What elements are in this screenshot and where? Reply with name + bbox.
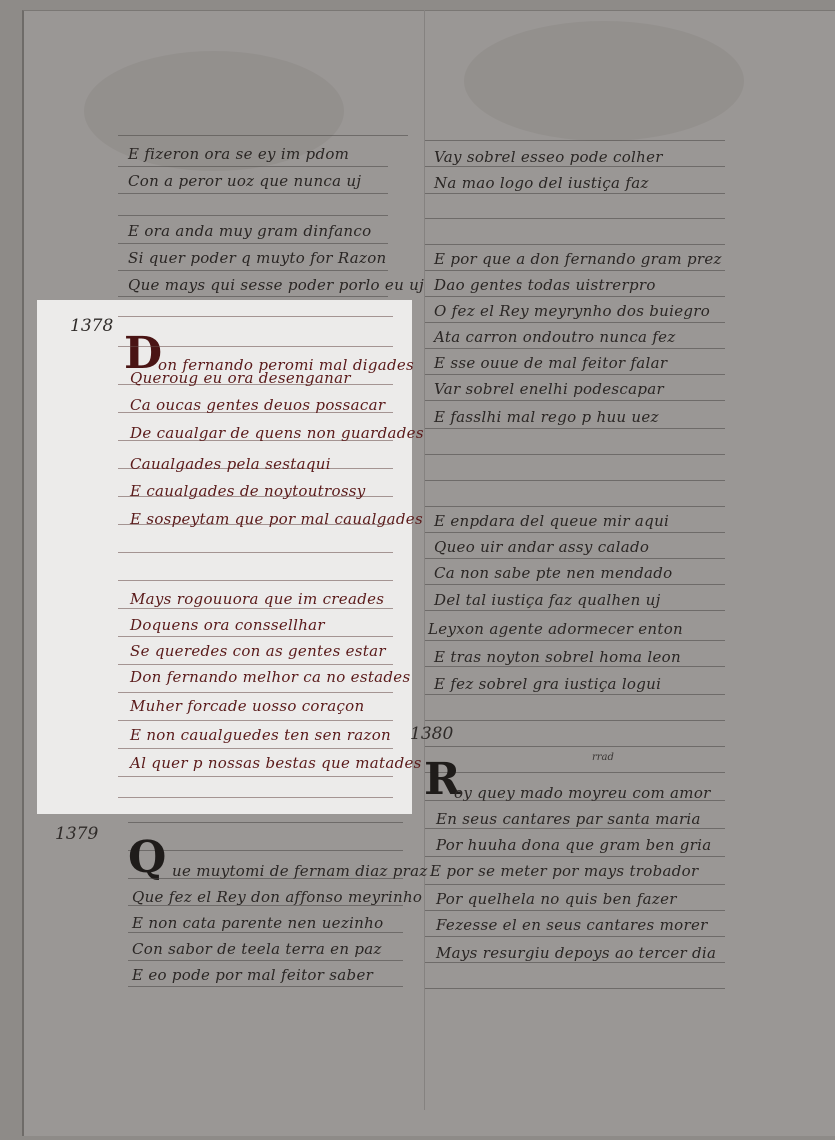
marginal-note: rrad <box>592 752 614 763</box>
verse-line: E eo pode por mal feitor saber <box>132 966 373 984</box>
poem-number: 1378 <box>70 316 113 336</box>
verse-line: Doquens ora conssellhar <box>130 616 325 634</box>
verse-line: Con sabor de teela terra en paz <box>132 940 382 958</box>
poem-number: 1380 <box>410 724 453 744</box>
decorated-initial: Q <box>128 836 166 880</box>
verse-line: Queroug eu ora desenganar <box>130 369 351 387</box>
verse-line: Leyxon agente adormecer enton <box>428 620 683 638</box>
verse-line: Se queredes con as gentes estar <box>130 642 386 660</box>
verse-line: Var sobrel enelhi podescapar <box>434 380 664 398</box>
verse-line: E caualgades de noytoutrossy <box>130 482 366 500</box>
verse-line: Que fez el Rey don affonso meyrinho <box>132 888 422 906</box>
verse-line: Muher forcade uosso coraçon <box>130 697 364 715</box>
verse-line: E enpdara del queue mir aqui <box>434 512 669 530</box>
water-stain <box>464 21 744 141</box>
verse-line: E por se meter por mays trobador <box>430 862 698 880</box>
verse-line: Don fernando melhor ca no estades <box>130 668 410 686</box>
verse-line: E fizeron ora se ey im pdom <box>128 145 349 163</box>
verse-line: Por quelhela no quis ben fazer <box>436 890 677 908</box>
verse-line: Al quer p nossas bestas que matades <box>130 754 422 772</box>
verse-line: Na mao logo del iustiça faz <box>434 174 649 192</box>
verse-line: E sse ouue de mal feitor falar <box>434 354 667 372</box>
verse-line: Mays rogouuora que im creades <box>130 590 384 608</box>
verse-line: Fezesse el en seus cantares morer <box>436 916 708 934</box>
verse-line: Vay sobrel esseo pode colher <box>434 148 663 166</box>
page-fold-line <box>424 10 425 1110</box>
verse-line: Por huuha dona que gram ben gria <box>436 836 711 854</box>
verse-line: Que mays qui sesse poder porlo eu uj <box>128 276 424 294</box>
verse-line: E por que a don fernando gram prez <box>434 250 722 268</box>
verse-line: E tras noyton sobrel homa leon <box>434 648 681 666</box>
verse-line: Ata carron ondoutro nunca fez <box>434 328 676 346</box>
verse-line: Mays resurgiu depoys ao tercer dia <box>436 944 716 962</box>
verse-line: Queo uir andar assy calado <box>434 538 649 556</box>
verse-line: Si quer poder q muyto for Razon <box>128 249 387 267</box>
verse-line: Ca oucas gentes deuos possacar <box>130 396 385 414</box>
verse-line: E sospeytam que por mal caualgades <box>130 510 423 528</box>
verse-line: E non caualguedes ten sen razon <box>130 726 391 744</box>
verse-line: Ca non sabe pte nen mendado <box>434 564 672 582</box>
verse-line: E fez sobrel gra iustiça logui <box>434 675 661 693</box>
verse-line: Del tal iustiça faz qualhen uj <box>434 591 661 609</box>
poem-number: 1379 <box>55 824 98 844</box>
verse-line: E non cata parente nen uezinho <box>132 914 383 932</box>
verse-line: En seus cantares par santa maria <box>436 810 701 828</box>
verse-line: Con a peror uoz que nunca uj <box>128 172 361 190</box>
verse-line: E ora anda muy gram dinfanco <box>128 222 371 240</box>
verse-line: Caualgades pela sestaqui <box>130 455 331 473</box>
verse-line: E fasslhi mal rego p huu uez <box>434 408 659 426</box>
verse-line: Dao gentes todas uistrerpro <box>434 276 656 294</box>
verse-line: De caualgar de quens non guardades <box>130 424 424 442</box>
verse-line: O fez el Rey meyrynho dos buiegro <box>434 302 710 320</box>
